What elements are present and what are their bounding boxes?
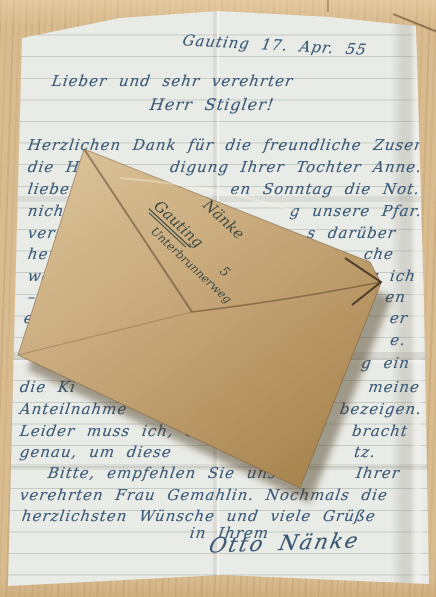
letter-line: liebeen Sonntag die Not. (0, 180, 436, 198)
letter-line: nichtg unsere Pfar. (0, 202, 436, 220)
letter-line-right-fragment: tz. (353, 443, 377, 461)
letter-line-left-fragment: Leider muss ich, ei (19, 422, 203, 440)
letter-line: die Hdigung Ihrer Tochter Anne. (0, 158, 436, 176)
letter-line-left-fragment: herz (27, 245, 67, 263)
letter-salutation-line1: Lieber und sehr verehrter (51, 72, 295, 90)
letter-line-left-fragment: e (23, 309, 35, 327)
letter-line-right-fragment: en Sonntag die Not. (229, 180, 421, 198)
letter-line-right-fragment: e. (389, 331, 407, 349)
letter-line-left-fragment: herzlichsten Wünsche und viele Grüße (21, 507, 377, 525)
letter-line-right-fragment: digung Ihrer Tochter Anne. (169, 158, 423, 176)
letter-line-left-fragment: vers (27, 224, 66, 242)
letter-signature: Otto Nänke (207, 531, 361, 554)
letter-line: die Kimeine (0, 378, 436, 396)
letter-line-left-fragment: Anteilnahme (19, 400, 129, 418)
letter-line-right-fragment: s darüber (306, 224, 397, 242)
letter-line: herzlichsten Wünsche und viele Grüße (0, 507, 436, 525)
letter-line-left-fragment: die Ki (19, 378, 78, 396)
letter-line-right-fragment: g ein (360, 354, 411, 372)
letter-line-left-fragment: Herzlichen Dank für die freundliche Zuse… (27, 136, 436, 154)
letter-line-right-fragment: che (363, 245, 395, 263)
letter-line: Herzlichen Dank für die freundliche Zuse… (0, 136, 436, 154)
letter-line-left-fragment: liebe (27, 180, 71, 198)
letter-line-left-fragment: – (27, 288, 38, 306)
letter-line: eer (0, 309, 436, 327)
letter-line-left-fragment: genau, um diese (19, 443, 173, 461)
letter-line-left-fragment: verehrten Frau Gemahlin. Nochmals die (19, 486, 389, 504)
letter-line-right-fragment: er ich (359, 267, 417, 285)
letter-line-left-fragment: wo (27, 267, 53, 285)
letter-line: Leider muss ich, eibracht (0, 422, 436, 440)
letter-line: g ein (0, 354, 436, 372)
wood-grain-mark (327, 0, 329, 12)
letter-salutation-line2: Herr Stigler! (149, 96, 276, 114)
letter-line: verehrten Frau Gemahlin. Nochmals die (0, 486, 436, 504)
letter-line: herzche (0, 245, 436, 263)
letter-line: verss darüber (0, 224, 436, 242)
letter-line-left-fragment: nicht (27, 202, 73, 220)
letter-line-left-fragment: die H (27, 158, 82, 176)
letter-line: genau, um diesetz. (0, 443, 436, 461)
letter-line-right-fragment: bezeigen. (339, 400, 423, 418)
letter-date: Gauting 17. Apr. 55 (181, 31, 369, 59)
letter-line: Anteilnahmebezeigen. (0, 400, 436, 418)
letter-line: –en (0, 288, 436, 306)
letter-line-right-fragment: Ihrer (355, 464, 401, 482)
letter-line-right-fragment: g unsere Pfar. (289, 202, 423, 220)
letter-line: e. (0, 331, 436, 349)
letter-line-left-fragment: Bitte, empfehlen Sie uns (47, 464, 278, 482)
photo-of-letter: { "scene": { "description": "Photograph … (0, 0, 436, 597)
letter-line: woer ich (0, 267, 436, 285)
letter-line-right-fragment: bracht (351, 422, 409, 440)
letter-line-right-fragment: meine (367, 378, 421, 396)
letter-line-right-fragment: er (389, 309, 410, 327)
letter-line-right-fragment: en (384, 288, 407, 306)
letter-paper: Gauting 17. Apr. 55 Lieber und sehr vere… (0, 0, 436, 597)
letter-line: Bitte, empfehlen Sie unsIhrer (0, 464, 436, 482)
